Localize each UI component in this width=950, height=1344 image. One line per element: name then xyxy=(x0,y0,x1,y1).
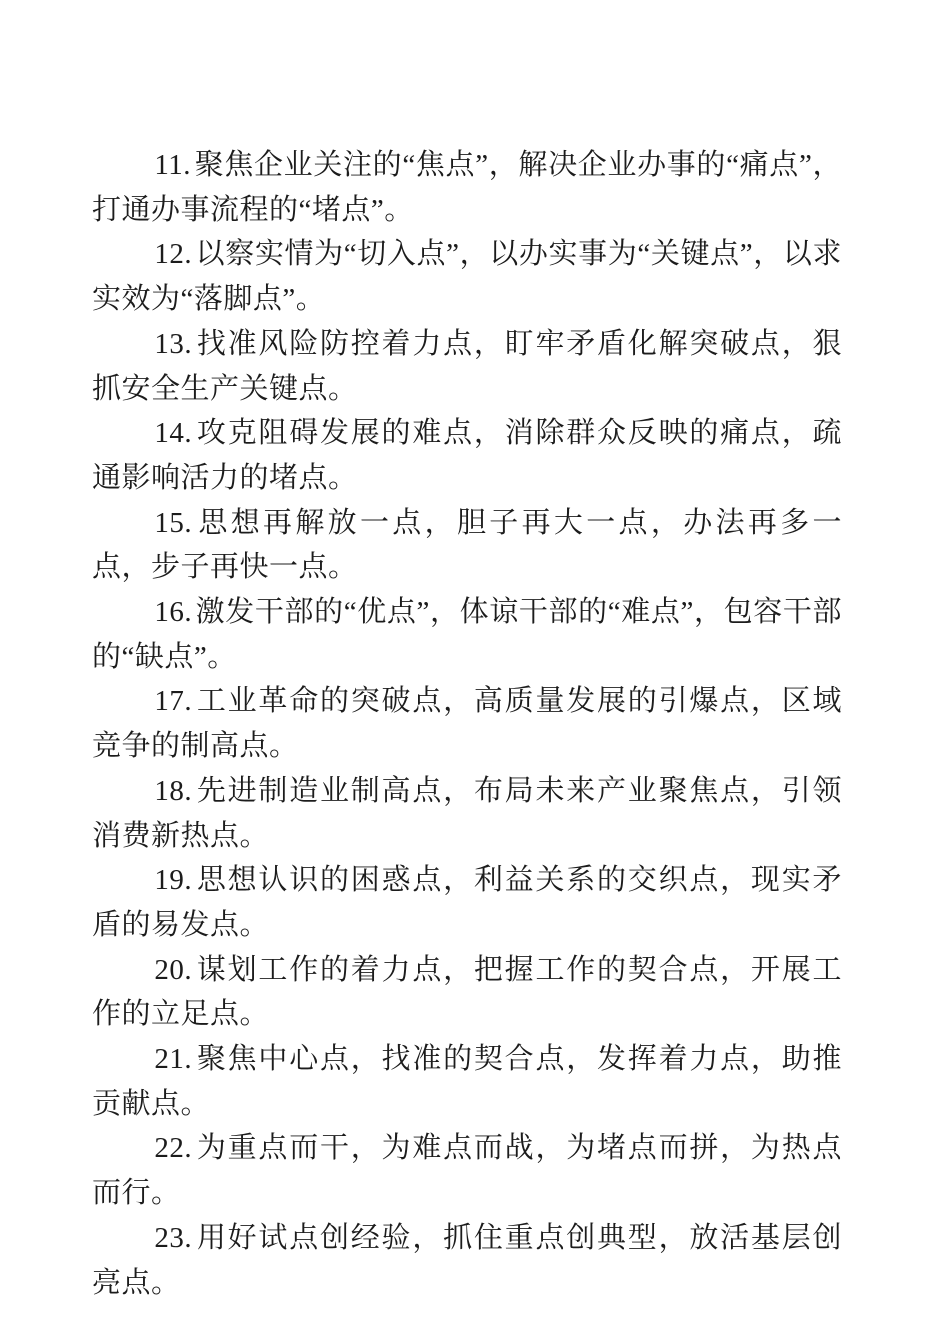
item-text: 以察实情为“切入点”，以办实事为“关键点”，以求实效为“落脚点”。 xyxy=(92,238,842,315)
document-body: 11.聚焦企业关注的“焦点”，解决企业办事的“痛点”，打通办事流程的“堵点”。 … xyxy=(92,143,842,1305)
list-item: 11.聚焦企业关注的“焦点”，解决企业办事的“痛点”，打通办事流程的“堵点”。 xyxy=(92,143,842,232)
item-number: 23. xyxy=(154,1222,192,1254)
item-text: 工业革命的突破点，高质量发展的引爆点，区域竞争的制高点。 xyxy=(92,685,842,762)
list-item: 22.为重点而干，为难点而战，为堵点而拼，为热点而行。 xyxy=(92,1126,842,1215)
list-item: 16.激发干部的“优点”，体谅干部的“难点”，包容干部的“缺点”。 xyxy=(92,590,842,679)
item-text: 思想认识的困惑点，利益关系的交织点，现实矛盾的易发点。 xyxy=(92,864,842,941)
item-number: 17. xyxy=(154,685,192,717)
item-text: 找准风险防控着力点，盯牢矛盾化解突破点，狠抓安全生产关键点。 xyxy=(92,328,842,405)
item-number: 16. xyxy=(154,596,192,628)
item-number: 20. xyxy=(154,954,192,986)
item-text: 攻克阻碍发展的难点，消除群众反映的痛点，疏通影响活力的堵点。 xyxy=(92,417,842,494)
list-item: 13.找准风险防控着力点，盯牢矛盾化解突破点，狠抓安全生产关键点。 xyxy=(92,322,842,411)
item-text: 聚焦企业关注的“焦点”，解决企业办事的“痛点”，打通办事流程的“堵点”。 xyxy=(92,149,842,226)
item-text: 思想再解放一点，胆子再大一点，办法再多一点，步子再快一点。 xyxy=(92,507,842,584)
item-text: 先进制造业制高点，布局未来产业聚焦点，引领消费新热点。 xyxy=(92,775,842,852)
item-text: 谋划工作的着力点，把握工作的契合点，开展工作的立足点。 xyxy=(92,954,842,1031)
item-text: 激发干部的“优点”，体谅干部的“难点”，包容干部的“缺点”。 xyxy=(92,596,842,673)
item-number: 22. xyxy=(154,1132,192,1164)
item-text: 为重点而干，为难点而战，为堵点而拼，为热点而行。 xyxy=(92,1132,842,1209)
item-text: 用好试点创经验，抓住重点创典型，放活基层创亮点。 xyxy=(92,1222,842,1299)
item-number: 15. xyxy=(154,507,192,539)
document-page: 11.聚焦企业关注的“焦点”，解决企业办事的“痛点”，打通办事流程的“堵点”。 … xyxy=(0,0,950,1344)
item-number: 19. xyxy=(154,864,192,896)
list-item: 17.工业革命的突破点，高质量发展的引爆点，区域竞争的制高点。 xyxy=(92,679,842,768)
list-item: 15.思想再解放一点，胆子再大一点，办法再多一点，步子再快一点。 xyxy=(92,501,842,590)
item-number: 12. xyxy=(154,238,192,270)
list-item: 12.以察实情为“切入点”，以办实事为“关键点”，以求实效为“落脚点”。 xyxy=(92,232,842,321)
item-number: 21. xyxy=(154,1043,192,1075)
item-number: 18. xyxy=(154,775,192,807)
list-item: 19.思想认识的困惑点，利益关系的交织点，现实矛盾的易发点。 xyxy=(92,858,842,947)
list-item: 14.攻克阻碍发展的难点，消除群众反映的痛点，疏通影响活力的堵点。 xyxy=(92,411,842,500)
list-item: 20.谋划工作的着力点，把握工作的契合点，开展工作的立足点。 xyxy=(92,948,842,1037)
item-number: 13. xyxy=(154,328,192,360)
list-item: 18.先进制造业制高点，布局未来产业聚焦点，引领消费新热点。 xyxy=(92,769,842,858)
item-number: 14. xyxy=(154,417,192,449)
list-item: 21.聚焦中心点，找准的契合点，发挥着力点，助推贡献点。 xyxy=(92,1037,842,1126)
item-number: 11. xyxy=(154,149,191,181)
list-item: 23.用好试点创经验，抓住重点创典型，放活基层创亮点。 xyxy=(92,1216,842,1305)
item-text: 聚焦中心点，找准的契合点，发挥着力点，助推贡献点。 xyxy=(92,1043,842,1120)
